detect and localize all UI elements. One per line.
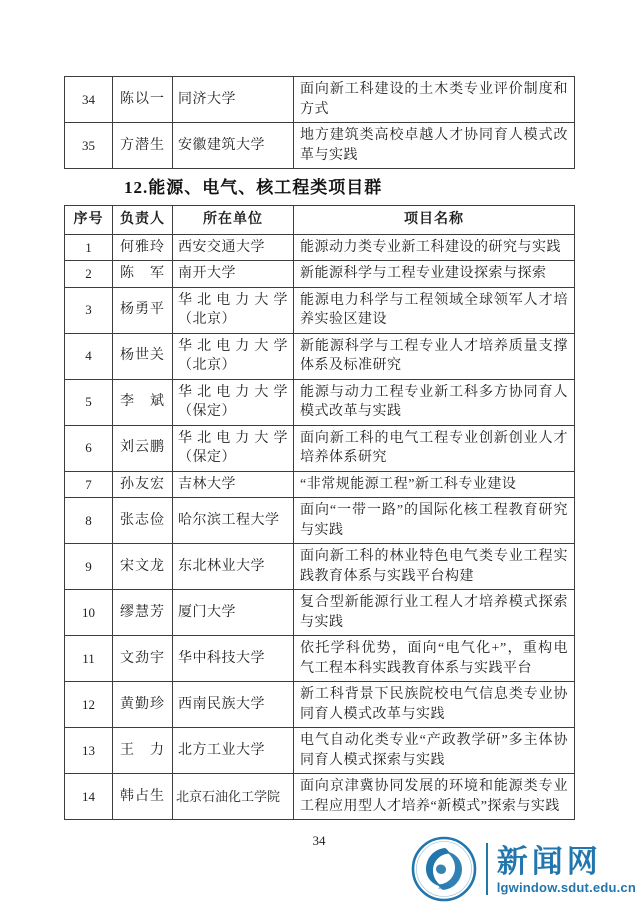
unit-name: 华北电力大学 （北京） <box>173 333 294 379</box>
previous-section-table: 34 陈以一 同济大学 面向新工科建设的土木类专业评价制度和方式 35 方潜生 … <box>64 76 575 169</box>
leader-name: 李 斌 <box>113 379 173 425</box>
project-title: 面向新工科的林业特色电气类专业工程实践教育体系与实践平台构建 <box>294 544 575 590</box>
unit-campus: （北京） <box>178 356 288 376</box>
leader-name: 缪慧芳 <box>113 590 173 636</box>
row-number: 5 <box>65 379 113 425</box>
leader-name: 张志俭 <box>113 498 173 544</box>
table-header-row: 序号 负责人 所在单位 项目名称 <box>65 206 575 235</box>
project-title: 面向新工科建设的土木类专业评价制度和方式 <box>294 77 575 123</box>
table-row: 2 陈 军 南开大学 新能源科学与工程专业建设探索与探索 <box>65 261 575 288</box>
leader-name: 杨世关 <box>113 333 173 379</box>
site-url: lgwindow.sdut.edu.cn <box>497 880 636 895</box>
project-title: 能源电力科学与工程领域全球领军人才培养实验区建设 <box>294 287 575 333</box>
row-number: 34 <box>65 77 113 123</box>
unit-name: 南开大学 <box>173 261 294 288</box>
project-title: 面向京津冀协同发展的环境和能源类专业工程应用型人才培养“新模式”探索与实践 <box>294 774 575 820</box>
university-seal-icon: 1956 <box>411 836 477 902</box>
project-title: 能源动力类专业新工科建设的研究与实践 <box>294 234 575 261</box>
project-title: 面向“一带一路”的国际化核工程教育研究与实践 <box>294 498 575 544</box>
leader-name: 韩占生 <box>113 774 173 820</box>
unit-name: 安徽建筑大学 <box>173 123 294 169</box>
row-number: 1 <box>65 234 113 261</box>
site-watermark: 1956 新闻网 lgwindow.sdut.edu.cn <box>411 836 638 902</box>
table-row: 6 刘云鹏 华北电力大学 （保定） 面向新工科的电气工程专业创新创业人才培养体系… <box>65 425 575 471</box>
project-title: 能源与动力工程专业新工科多方协同育人模式改革与实践 <box>294 379 575 425</box>
leader-name: 方潜生 <box>113 123 173 169</box>
project-title: 地方建筑类高校卓越人才协同育人模式改革与实践 <box>294 123 575 169</box>
unit-name: 厦门大学 <box>173 590 294 636</box>
row-number: 12 <box>65 682 113 728</box>
table-row: 34 陈以一 同济大学 面向新工科建设的土木类专业评价制度和方式 <box>65 77 575 123</box>
unit-name: 华北电力大学 （保定） <box>173 425 294 471</box>
project-title: 电气自动化类专业“产政教学研”多主体协同育人模式探索与实践 <box>294 728 575 774</box>
unit-name-line1: 华北电力大学 <box>178 383 288 403</box>
row-number: 10 <box>65 590 113 636</box>
row-number: 35 <box>65 123 113 169</box>
unit-campus: （保定） <box>178 448 288 468</box>
table-row: 12 黄勤珍 西南民族大学 新工科背景下民族院校电气信息类专业协同育人模式改革与… <box>65 682 575 728</box>
row-number: 2 <box>65 261 113 288</box>
table-row: 13 王 力 北方工业大学 电气自动化类专业“产政教学研”多主体协同育人模式探索… <box>65 728 575 774</box>
unit-name: 西安交通大学 <box>173 234 294 261</box>
leader-name: 陈以一 <box>113 77 173 123</box>
leader-name: 王 力 <box>113 728 173 774</box>
leader-name: 黄勤珍 <box>113 682 173 728</box>
row-number: 6 <box>65 425 113 471</box>
header-leader: 负责人 <box>113 206 173 235</box>
document-page: 34 陈以一 同济大学 面向新工科建设的土木类专业评价制度和方式 35 方潜生 … <box>0 0 640 849</box>
section-heading: 12.能源、电气、核工程类项目群 <box>124 176 640 200</box>
project-title: “非常规能源工程”新工科专业建设 <box>294 471 575 498</box>
row-number: 3 <box>65 287 113 333</box>
project-title: 新工科背景下民族院校电气信息类专业协同育人模式改革与实践 <box>294 682 575 728</box>
unit-name: 同济大学 <box>173 77 294 123</box>
table-row: 11 文劲宇 华中科技大学 依托学科优势，面向“电气化+”，重构电气工程本科实践… <box>65 636 575 682</box>
leader-name: 宋文龙 <box>113 544 173 590</box>
row-number: 9 <box>65 544 113 590</box>
leader-name: 刘云鹏 <box>113 425 173 471</box>
site-name: 新闻网 <box>497 844 602 880</box>
table-row: 8 张志俭 哈尔滨工程大学 面向“一带一路”的国际化核工程教育研究与实践 <box>65 498 575 544</box>
unit-name: 西南民族大学 <box>173 682 294 728</box>
header-project: 项目名称 <box>294 206 575 235</box>
unit-name: 哈尔滨工程大学 <box>173 498 294 544</box>
leader-name: 孙友宏 <box>113 471 173 498</box>
project-title: 面向新工科的电气工程专业创新创业人才培养体系研究 <box>294 425 575 471</box>
unit-name: 北京石油化工学院 <box>173 774 294 820</box>
unit-campus: （保定） <box>178 402 288 422</box>
table-row: 10 缪慧芳 厦门大学 复合型新能源行业工程人才培养模式探索与实践 <box>65 590 575 636</box>
footer-divider <box>486 843 488 895</box>
unit-name: 华北电力大学 （保定） <box>173 379 294 425</box>
unit-name: 华中科技大学 <box>173 636 294 682</box>
unit-name-line1: 华北电力大学 <box>178 291 288 311</box>
row-number: 4 <box>65 333 113 379</box>
table-row: 7 孙友宏 吉林大学 “非常规能源工程”新工科专业建设 <box>65 471 575 498</box>
leader-name: 何雅玲 <box>113 234 173 261</box>
header-no: 序号 <box>65 206 113 235</box>
project-table: 序号 负责人 所在单位 项目名称 1 何雅玲 西安交通大学 能源动力类专业新工科… <box>64 205 575 820</box>
leader-name: 陈 军 <box>113 261 173 288</box>
table-row: 1 何雅玲 西安交通大学 能源动力类专业新工科建设的研究与实践 <box>65 234 575 261</box>
row-number: 8 <box>65 498 113 544</box>
project-title: 新能源科学与工程专业人才培养质量支撑体系及标准研究 <box>294 333 575 379</box>
unit-name: 东北林业大学 <box>173 544 294 590</box>
unit-name-line1: 华北电力大学 <box>178 337 288 357</box>
unit-name: 华北电力大学 （北京） <box>173 287 294 333</box>
table-row: 5 李 斌 华北电力大学 （保定） 能源与动力工程专业新工科多方协同育人模式改革… <box>65 379 575 425</box>
unit-name: 吉林大学 <box>173 471 294 498</box>
row-number: 7 <box>65 471 113 498</box>
table-row: 9 宋文龙 东北林业大学 面向新工科的林业特色电气类专业工程实践教育体系与实践平… <box>65 544 575 590</box>
seal-year: 1956 <box>438 885 450 891</box>
leader-name: 杨勇平 <box>113 287 173 333</box>
unit-name-line1: 华北电力大学 <box>178 429 288 449</box>
project-title: 新能源科学与工程专业建设探索与探索 <box>294 261 575 288</box>
unit-campus: （北京） <box>178 310 288 330</box>
unit-name: 北方工业大学 <box>173 728 294 774</box>
table-row: 14 韩占生 北京石油化工学院 面向京津冀协同发展的环境和能源类专业工程应用型人… <box>65 774 575 820</box>
header-unit: 所在单位 <box>173 206 294 235</box>
leader-name: 文劲宇 <box>113 636 173 682</box>
row-number: 13 <box>65 728 113 774</box>
project-title: 依托学科优势，面向“电气化+”，重构电气工程本科实践教育体系与实践平台 <box>294 636 575 682</box>
table-row: 3 杨勇平 华北电力大学 （北京） 能源电力科学与工程领域全球领军人才培养实验区… <box>65 287 575 333</box>
row-number: 11 <box>65 636 113 682</box>
row-number: 14 <box>65 774 113 820</box>
table-row: 4 杨世关 华北电力大学 （北京） 新能源科学与工程专业人才培养质量支撑体系及标… <box>65 333 575 379</box>
project-title: 复合型新能源行业工程人才培养模式探索与实践 <box>294 590 575 636</box>
table-row: 35 方潜生 安徽建筑大学 地方建筑类高校卓越人才协同育人模式改革与实践 <box>65 123 575 169</box>
